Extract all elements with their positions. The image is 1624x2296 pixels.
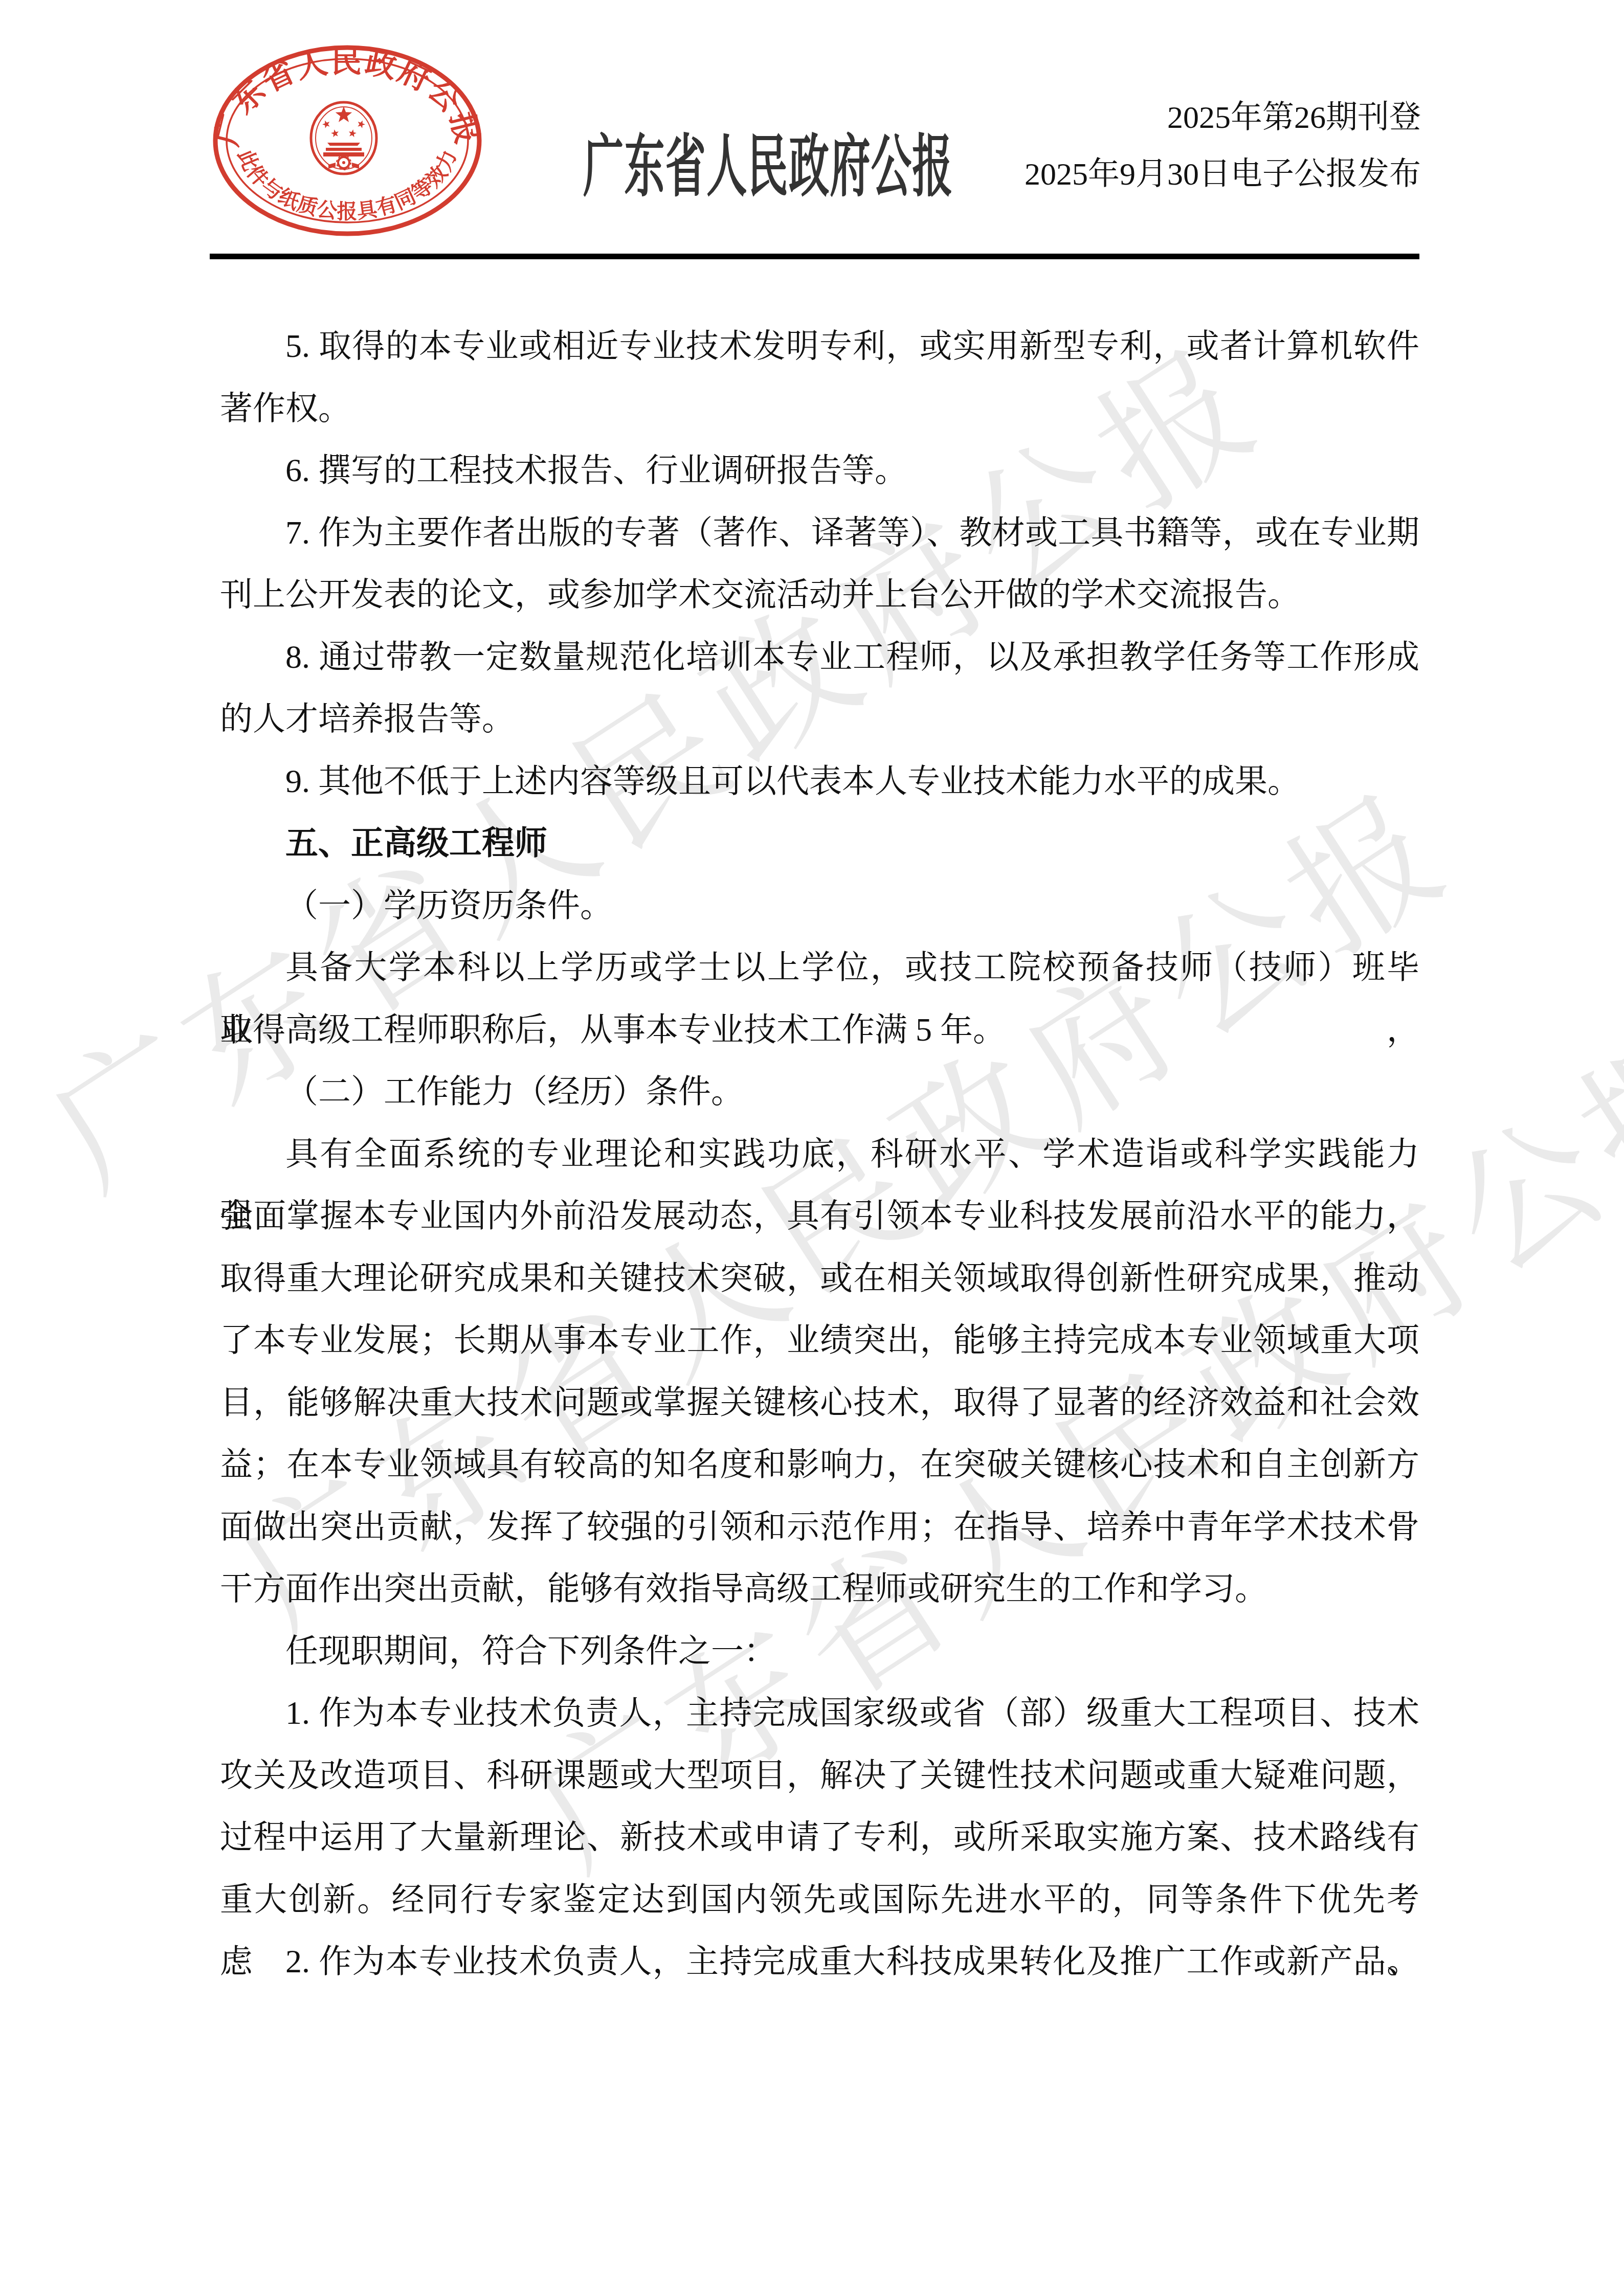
header-rule [210, 254, 1419, 259]
body-line: 攻关及改造项目、科研课题或大型项目，解决了关键性技术问题或重大疑难问题， [220, 1744, 1419, 1807]
body-line: 的人才培养报告等。 [220, 688, 1419, 750]
small-star-icon [357, 119, 366, 129]
national-emblem-icon [311, 102, 376, 174]
body-line: 了本专业发展；长期从事本专业工作，业绩突出，能够主持完成本专业领域重大项 [220, 1309, 1419, 1371]
body-line: 目，能够解决重大技术问题或掌握关键核心技术，取得了显著的经济效益和社会效 [220, 1371, 1419, 1434]
body-line: 具备大学本科以上学历或学士以上学位，或技工院校预备技师（技师）班毕业， [220, 936, 1419, 999]
body-line: 面做出突出贡献，发挥了较强的引领和示范作用；在指导、培养中青年学术技术骨 [220, 1496, 1419, 1558]
body-line: 8. 通过带教一定数量规范化培训本专业工程师，以及承担教学任务等工作形成 [220, 626, 1419, 688]
body-line: 过程中运用了大量新理论、新技术或申请了专利，或所采取实施方案、技术路线有 [220, 1806, 1419, 1869]
body-line: 具有全面系统的专业理论和实践功底，科研水平、学术造诣或科学实践能力强， [220, 1123, 1419, 1185]
body-line: 益；在本专业领域具有较高的知名度和影响力，在突破关键核心技术和自主创新方 [220, 1433, 1419, 1496]
body-line: 著作权。 [220, 377, 1419, 440]
tiananmen-gate-icon [323, 143, 364, 156]
body-lines: 5. 取得的本专业或相近专业技术发明专利，或实用新型专利，或者计算机软件著作权。… [220, 315, 1419, 1993]
body-line: 5. 取得的本专业或相近专业技术发明专利，或实用新型专利，或者计算机软件 [220, 315, 1419, 377]
body-line: 1. 作为本专业技术负责人，主持完成国家级或省（部）级重大工程项目、技术 [220, 1682, 1419, 1744]
gear-icon [337, 155, 351, 170]
page-title: 广东省人民政府公报 [583, 132, 953, 201]
body-line: （一）学历资历条件。 [220, 874, 1419, 937]
body-line: 7. 作为主要作者出版的专著（著作、译著等）、教材或工具书籍等，或在专业期 [220, 502, 1419, 564]
body-line: 干方面作出突出贡献，能够有效指导高级工程师或研究生的工作和学习。 [220, 1558, 1419, 1620]
gazette-page: 广东省人民政府公报 广东省人民政府公报 广东省人民政府公报 广东省人民政府公报 … [0, 0, 1624, 2296]
body-line: 取得重大理论研究成果和关键技术突破，或在相关领域取得创新性研究成果，推动 [220, 1247, 1419, 1310]
body-line: 9. 其他不低于上述内容等级且可以代表本人专业技术能力水平的成果。 [220, 750, 1419, 813]
body-line: 全面掌握本专业国内外前沿发展动态，具有引领本专业科技发展前沿水平的能力， [220, 1185, 1419, 1247]
seal-top-arc-text: 广东省人民政府公报 [210, 44, 485, 149]
body-line: （二）工作能力（经历）条件。 [220, 1061, 1419, 1123]
body-line: 刊上公开发表的论文，或参加学术交流活动并上台公开做的学术交流报告。 [220, 564, 1419, 626]
government-seal: 广东省人民政府公报 此件与纸质公报具有同等效力 [207, 38, 488, 243]
seal-inner-ring [227, 59, 468, 222]
body-line: 任现职期间，符合下列条件之一： [220, 1620, 1419, 1682]
issue-line: 2025年第26期刊登 [1167, 100, 1421, 136]
body-line: 重大创新。经同行专家鉴定达到国内领先或国际先进水平的，同等条件下优先考虑。 [220, 1869, 1419, 1931]
small-star-icon [330, 129, 339, 138]
body-line: 五、正高级工程师 [220, 812, 1419, 874]
body-line: 6. 撰写的工程技术报告、行业调研报告等。 [220, 439, 1419, 502]
body-line: 2. 作为本专业技术负责人，主持完成重大科技成果转化及推广工作或新产品、 [220, 1930, 1419, 1993]
release-date-line: 2025年9月30日电子公报发布 [1025, 156, 1421, 192]
small-star-icon [321, 119, 331, 129]
small-star-icon [348, 129, 357, 138]
big-star-icon [336, 106, 352, 122]
